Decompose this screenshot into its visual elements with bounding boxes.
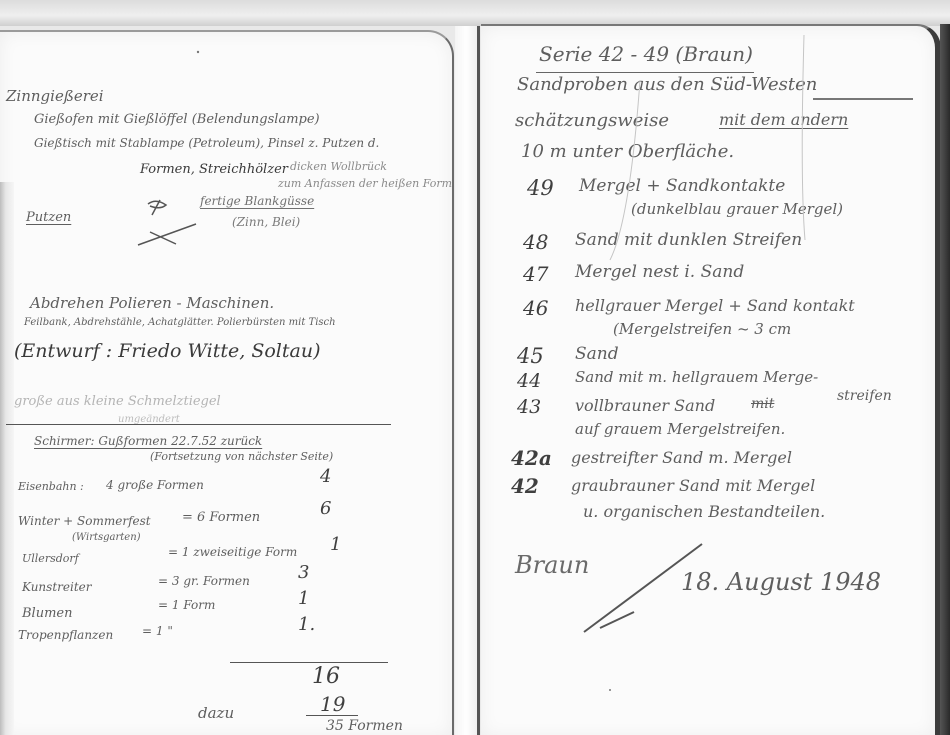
tally-row-desc: 4 große Formen: [106, 478, 204, 492]
text-design-credit: (Entwurf : Friedo Witte, Soltau): [14, 340, 321, 362]
underline: [813, 98, 913, 100]
sample-detail: (dunkelblau grauer Mergel): [631, 200, 843, 218]
dazu-label: dazu: [198, 704, 234, 722]
tally-row-label: Kunstreiter: [22, 580, 91, 594]
sample-number: 46: [523, 296, 548, 320]
notebook-left-page: Zinngießerei Gießofen mit Gießlöffel (Be…: [0, 30, 454, 735]
sample-desc: graubrauner Sand mit Mergel: [571, 476, 815, 495]
tally-title: Schirmer: Gußformen 22.7.52 zurück: [34, 434, 262, 448]
intro-line: mit dem andern: [719, 110, 848, 129]
sample-desc: Sand: [575, 344, 619, 364]
sample-number: 47: [523, 262, 548, 286]
sample-number: 48: [523, 230, 548, 254]
intro-line: Sandproben aus den Süd-Westen: [517, 74, 817, 95]
sample-detail: auf grauem Mergelstreifen.: [575, 420, 785, 438]
tally-row-count: 1: [298, 588, 309, 609]
tally-row-desc: = 6 Formen: [182, 510, 260, 525]
signature: Braun: [515, 551, 589, 579]
text-line: zum Anfassen der heißen Form: [278, 177, 452, 190]
text-line: (Zinn, Blei): [232, 215, 300, 229]
total: 35 Formen: [326, 718, 403, 734]
text-line: Gießtisch mit Stablampe (Petroleum), Pin…: [34, 136, 379, 150]
title-underline: [536, 72, 754, 73]
text-finishing-tools: Feilbank, Abdrehstähle, Achatglätter. Po…: [24, 317, 336, 328]
heading-zinngiesserei: Zinngießerei: [6, 87, 104, 105]
intro-line: schätzungsweise: [515, 110, 669, 131]
tally-row-desc: = 1 zweiseitige Form: [168, 545, 297, 559]
sum-rule: [230, 662, 388, 663]
sample-number: 43: [517, 396, 541, 418]
text-line: Gießofen mit Gießlöffel (Belendungslampe…: [34, 112, 320, 127]
sample-desc: hellgrauer Mergel + Sand kontakt: [575, 296, 855, 315]
intro-line: 10 m unter Oberfläche.: [521, 141, 734, 162]
date: 18. August 1948: [681, 568, 881, 596]
faint-note: große aus kleine Schmelztiegel: [14, 394, 221, 409]
sample-number: 49: [527, 176, 554, 200]
sample-desc: Mergel + Sandkontakte: [579, 176, 785, 196]
sample-desc: Mergel nest i. Sand: [575, 262, 744, 282]
struck-word: mit: [751, 396, 774, 412]
tally-row-label: Winter + Sommerfest: [18, 514, 151, 528]
tally-row-label: Eisenbahn :: [18, 480, 84, 493]
background-desk: [0, 0, 950, 26]
sample-number: 42: [511, 474, 539, 498]
dazu-value: 19: [320, 692, 345, 716]
tally-row-desc: = 1 ": [142, 624, 173, 638]
label-putzen: Putzen: [26, 210, 71, 225]
divider: [6, 424, 391, 425]
tally-row-desc: = 1 Form: [158, 598, 215, 612]
sample-detail: streifen: [837, 388, 892, 404]
notebook-cover-edge: [940, 24, 950, 735]
tally-row-note: (Wirtsgarten): [72, 532, 141, 543]
sum-rule: [306, 715, 358, 716]
sample-desc: vollbrauner Sand: [575, 396, 715, 415]
tally-row-count: 4: [320, 466, 331, 487]
sample-detail: u. organischen Bestandteilen.: [583, 502, 825, 521]
tally-row-desc: = 3 gr. Formen: [158, 574, 250, 588]
sample-detail: (Mergelstreifen ~ 3 cm: [613, 320, 791, 338]
text-line: Formen, Streichhölzer: [140, 162, 288, 177]
tally-row-count: 1.: [298, 614, 315, 635]
sample-desc: Sand mit dunklen Streifen: [575, 230, 802, 250]
tally-subtitle: (Fortsetzung von nächster Seite): [150, 450, 333, 463]
tally-row-count: 6: [320, 498, 331, 519]
text-line: dicken Wollbrück: [290, 160, 387, 173]
sample-desc: gestreifter Sand m. Mergel: [571, 448, 792, 467]
tally-row-label: Ullersdorf: [22, 552, 79, 565]
tally-row-count: 1: [330, 534, 341, 555]
sample-number: 45: [517, 344, 544, 368]
sample-number: 42a: [511, 446, 552, 470]
tally-row-count: 3: [298, 562, 309, 583]
text-line: fertige Blankgüsse: [200, 194, 314, 208]
notebook-gutter: [455, 26, 480, 735]
tally-row-label: Blumen: [22, 606, 72, 621]
notebook-right-page: Serie 42 - 49 (Braun) Sandproben aus den…: [481, 24, 941, 735]
subtotal: 16: [312, 664, 340, 689]
sample-number: 44: [517, 370, 541, 392]
page-title: Serie 42 - 49 (Braun): [539, 42, 753, 66]
heading-finishing: Abdrehen Polieren - Maschinen.: [30, 294, 274, 312]
tally-row-label: Tropenpflanzen: [18, 628, 113, 642]
sample-desc: Sand mit m. hellgrauem Merge-: [575, 368, 818, 386]
